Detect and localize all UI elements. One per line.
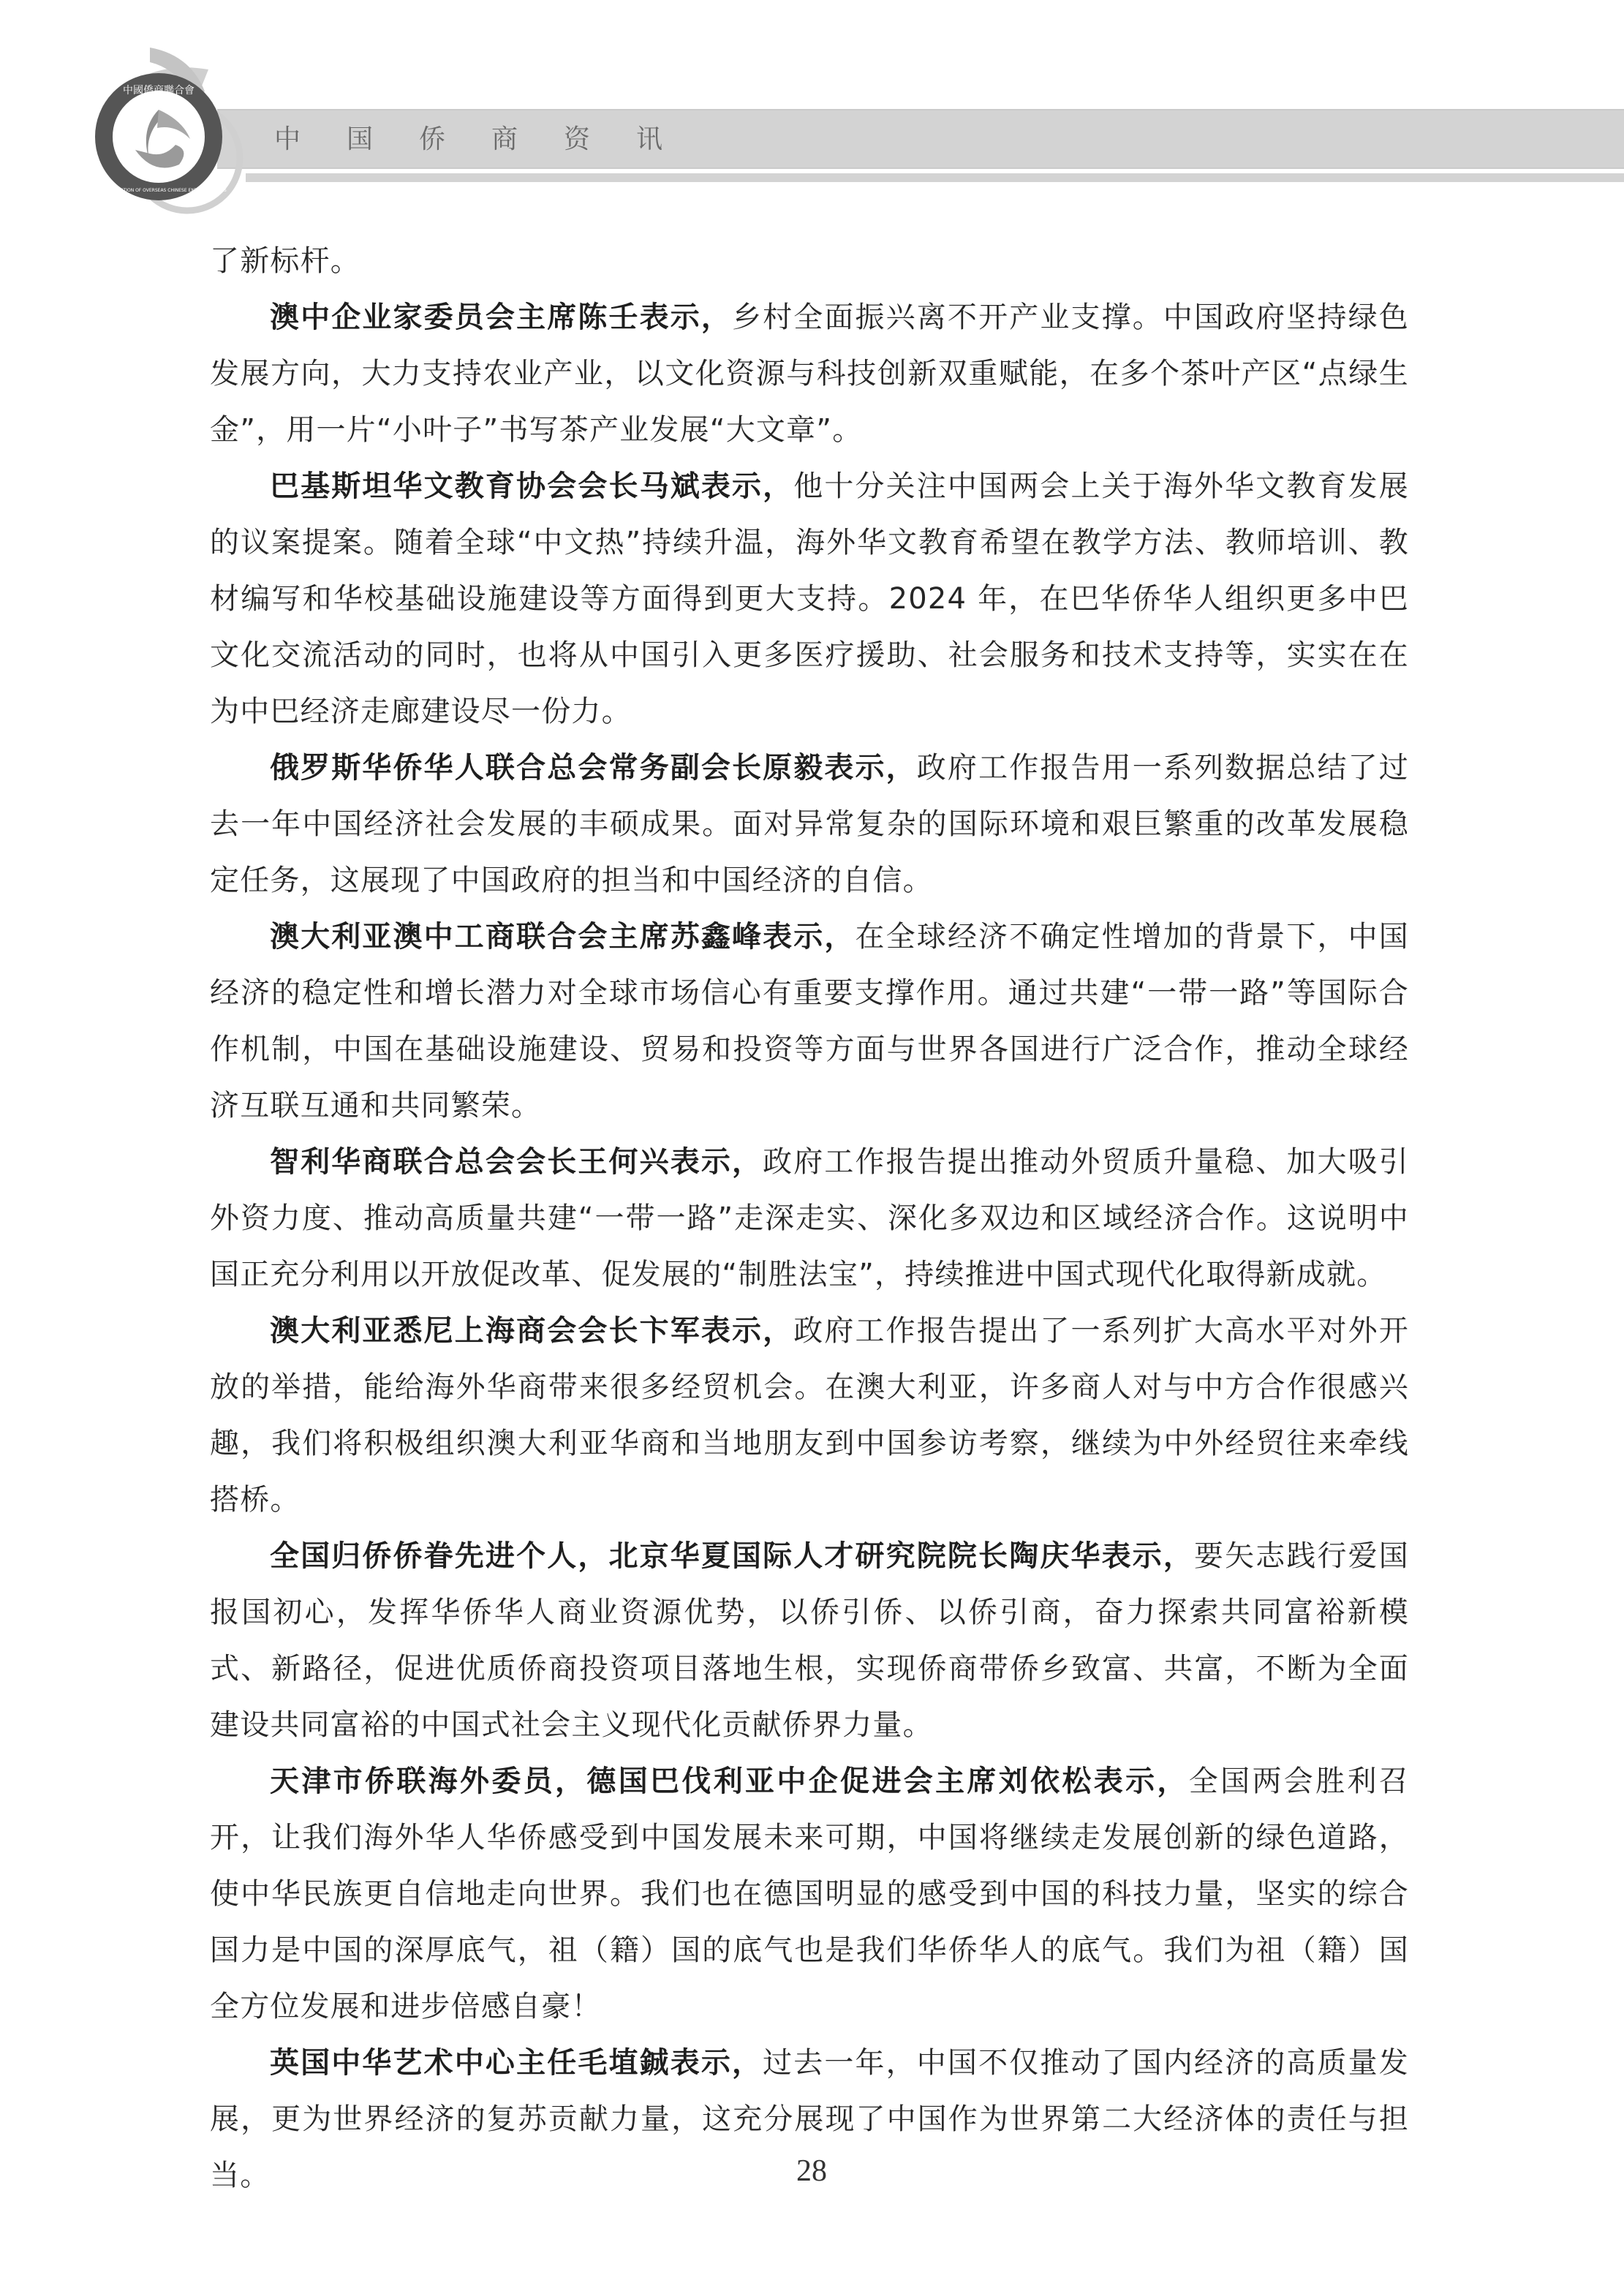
paragraph-text: 全国两会胜利召开，让我们海外华人华侨感受到中国发展未来可期，中国将继续走发展创新… — [210, 1765, 1409, 2023]
speaker-lead: 澳大利亚澳中工商联合会主席苏鑫峰表示， — [270, 920, 856, 954]
paragraph: 俄罗斯华侨华人联合总会常务副会长原毅表示，政府工作报告用一系列数据总结了过去一年… — [210, 740, 1409, 909]
logo-bottom-text: CHINA FEDERATION OF OVERSEAS CHINESE ENT… — [91, 188, 227, 193]
speaker-lead: 智利华商联合总会会长王何兴表示， — [270, 1145, 763, 1179]
publication-title: 中 国 侨 商 资 讯 — [274, 121, 709, 158]
paragraph-text: 他十分关注中国两会上关于海外华文教育发展的议案提案。随着全球“中文热”持续升温，… — [210, 469, 1409, 728]
logo-top-text: 中國僑商聯合會 — [123, 84, 194, 97]
title-char: 中 — [274, 121, 347, 158]
paragraph-text: 了新标杆。 — [210, 244, 360, 278]
speaker-lead: 巴基斯坦华文教育协会会长马斌表示， — [270, 469, 793, 503]
paragraph: 巴基斯坦华文教育协会会长马斌表示，他十分关注中国两会上关于海外华文教育发展的议案… — [210, 458, 1409, 740]
speaker-lead: 天津市侨联海外委员，德国巴伐利亚中企促进会主席刘依松表示， — [270, 1765, 1189, 1798]
page-number: 28 — [790, 2154, 834, 2189]
header-underline-band — [246, 173, 1624, 182]
paragraph: 澳中企业家委员会主席陈壬表示，乡村全面振兴离不开产业支撑。中国政府坚持绿色发展方… — [210, 290, 1409, 458]
speaker-lead: 俄罗斯华侨华人联合总会常务副会长原毅表示， — [270, 751, 917, 785]
paragraph: 天津市侨联海外委员，德国巴伐利亚中企促进会主席刘依松表示，全国两会胜利召开，让我… — [210, 1754, 1409, 2035]
paragraph: 全国归侨侨眷先进个人，北京华夏国际人才研究院院长陶庆华表示，要矢志践行爱国报国初… — [210, 1528, 1409, 1754]
federation-logo-icon: 中國僑商聯合會 CHINA FEDERATION OF OVERSEAS CHI… — [80, 29, 271, 219]
speaker-lead: 澳中企业家委员会主席陈壬表示， — [270, 301, 732, 334]
title-char: 讯 — [636, 121, 709, 158]
article-body: 了新标杆。 澳中企业家委员会主席陈壬表示，乡村全面振兴离不开产业支撑。中国政府坚… — [210, 233, 1409, 2204]
title-char: 资 — [564, 121, 636, 158]
paragraph: 智利华商联合总会会长王何兴表示，政府工作报告提出推动外贸质升量稳、加大吸引外资力… — [210, 1134, 1409, 1303]
paragraph: 了新标杆。 — [210, 233, 1409, 290]
speaker-lead: 全国归侨侨眷先进个人，北京华夏国际人才研究院院长陶庆华表示， — [270, 1539, 1194, 1573]
title-char: 国 — [347, 121, 419, 158]
title-char: 商 — [491, 121, 564, 158]
paragraph: 澳大利亚澳中工商联合会主席苏鑫峰表示，在全球经济不确定性增加的背景下，中国经济的… — [210, 909, 1409, 1134]
title-char: 侨 — [419, 121, 491, 158]
paragraph: 澳大利亚悉尼上海商会会长卞军表示，政府工作报告提出了一系列扩大高水平对外开放的举… — [210, 1303, 1409, 1528]
speaker-lead: 英国中华艺术中心主任毛埴鋮表示， — [270, 2046, 763, 2080]
speaker-lead: 澳大利亚悉尼上海商会会长卞军表示， — [270, 1314, 793, 1348]
